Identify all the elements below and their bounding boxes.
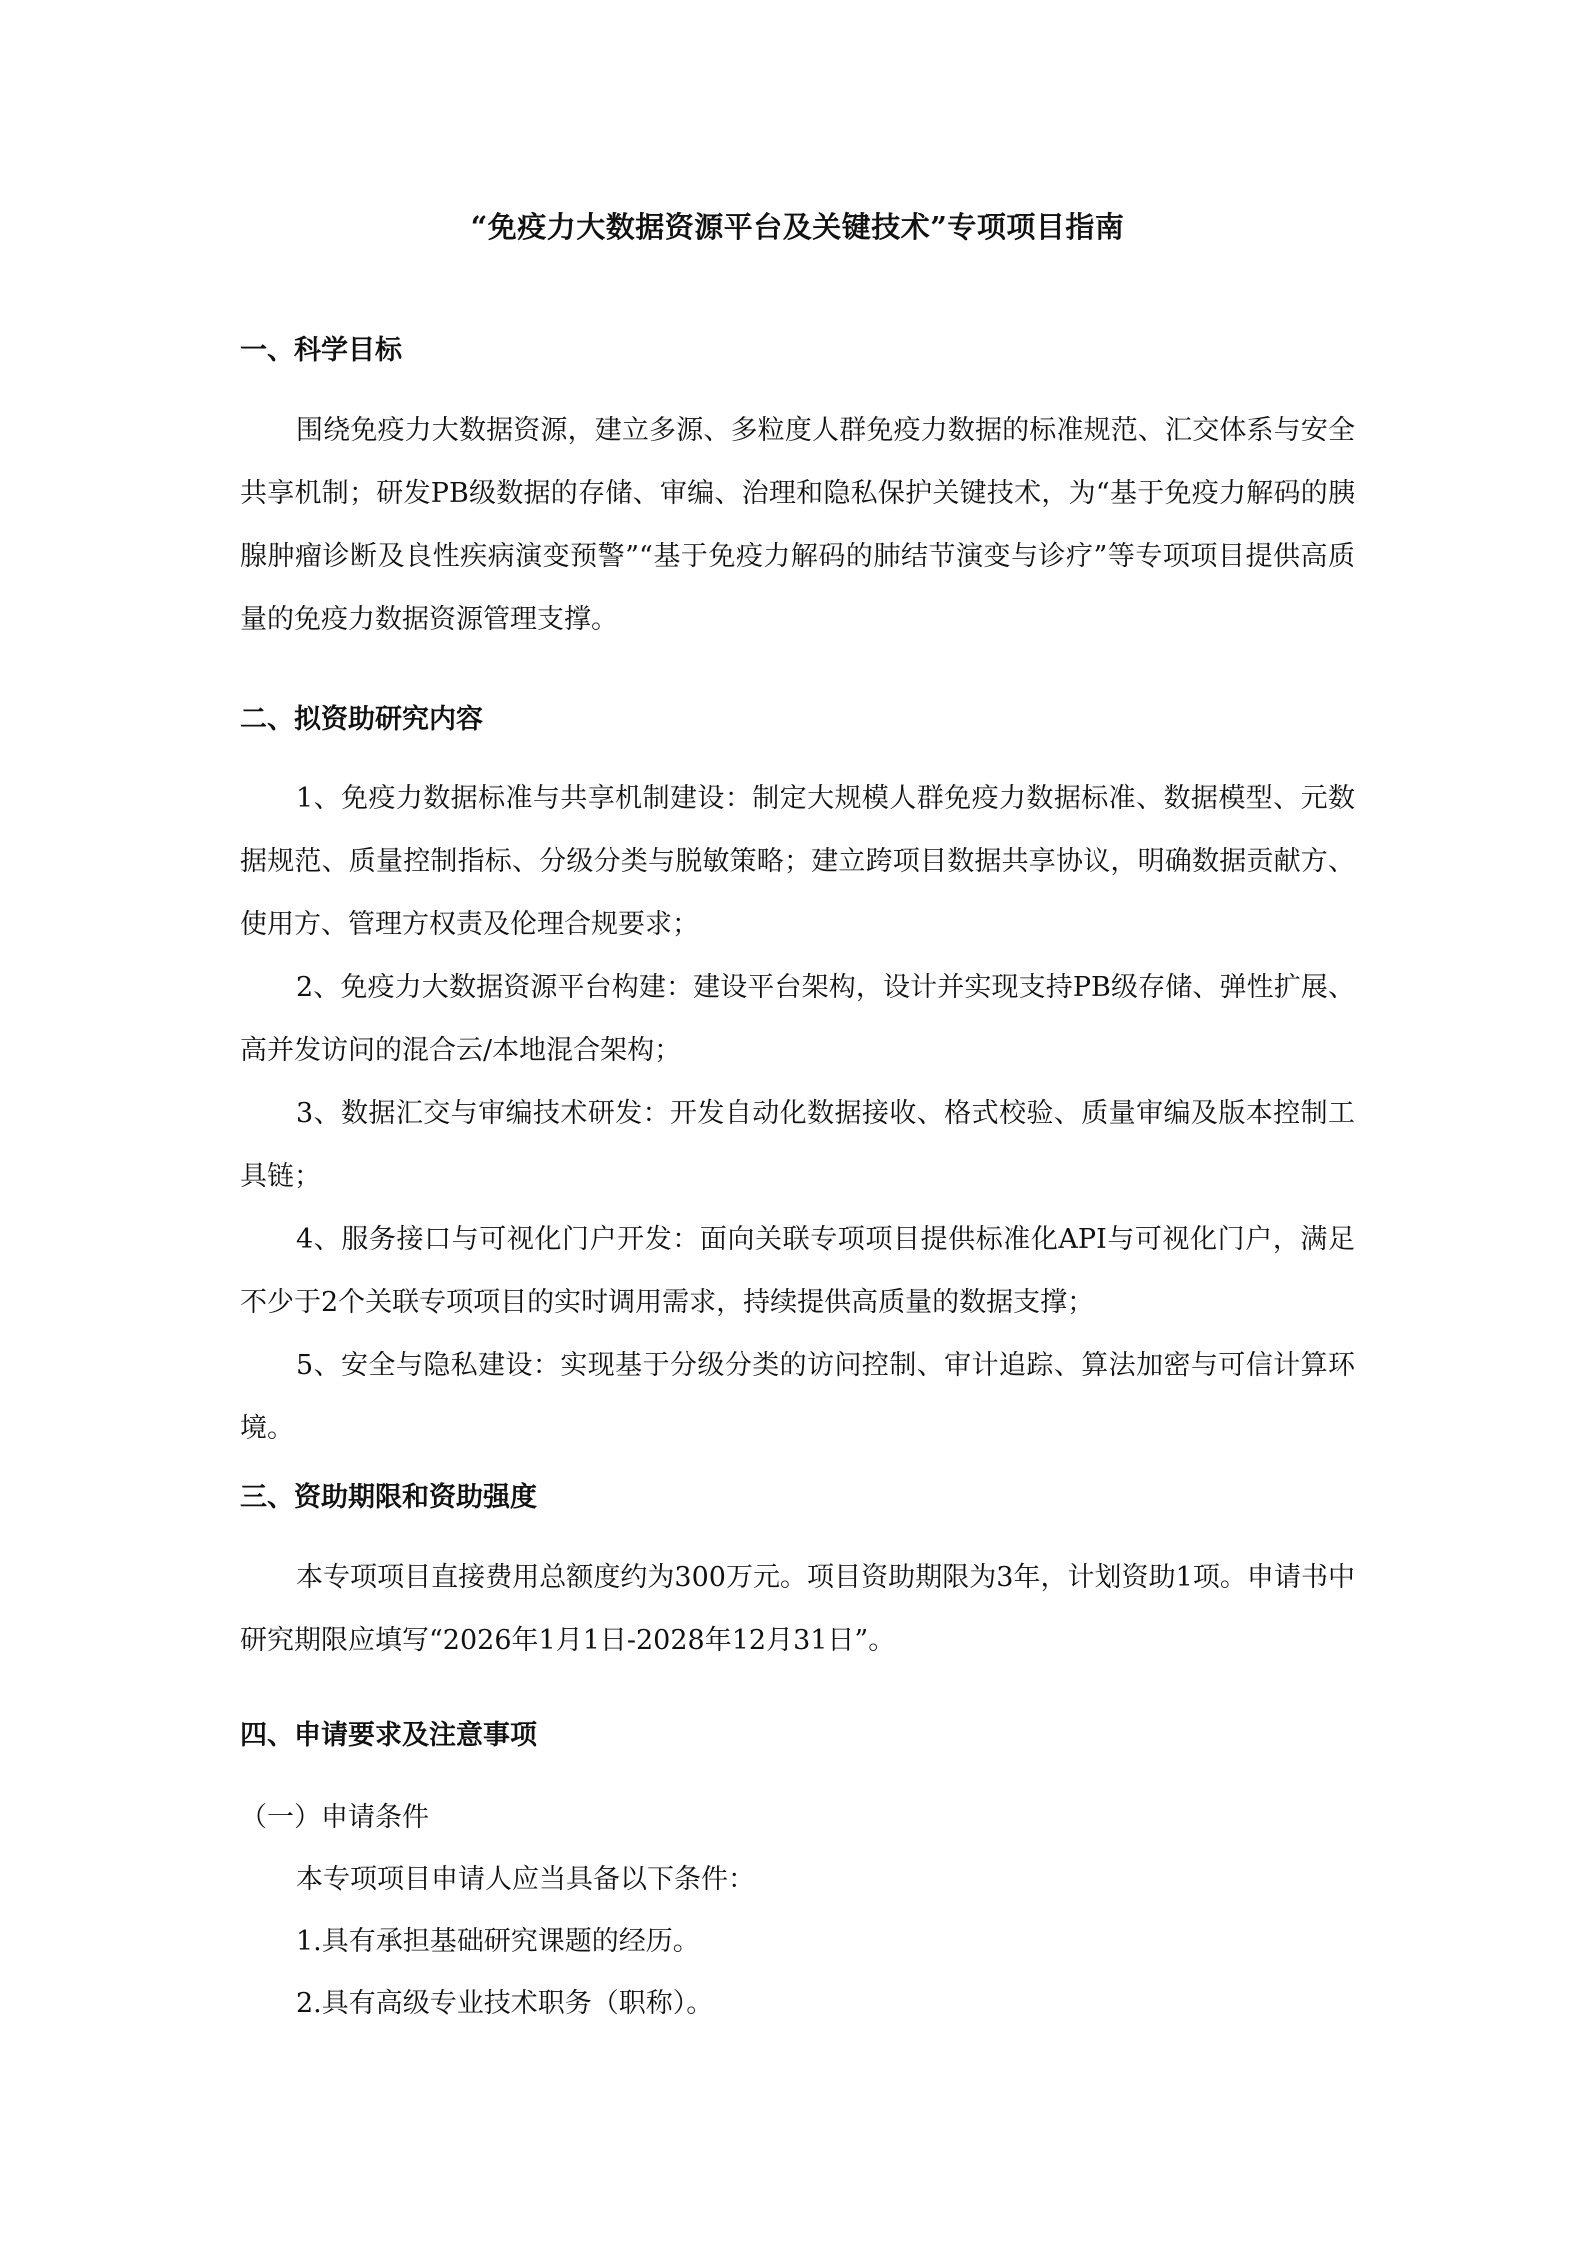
- section-2-item-1: 1、免疫力数据标准与共享机制建设：制定大规模人群免疫力数据标准、数据模型、元数据…: [240, 767, 1355, 956]
- condition-item-2: 2.具有高级专业技术职务（职称）。: [296, 1981, 713, 2020]
- section-3-paragraph: 本专项项目直接费用总额度约为300万元。项目资助期限为3年，计划资助1项。申请书…: [240, 1546, 1355, 1672]
- subsection-heading: （一）申请条件: [240, 1795, 429, 1834]
- section-2-item-5: 5、安全与隐私建设：实现基于分级分类的访问控制、审计追踪、算法加密与可信计算环境…: [240, 1334, 1355, 1460]
- document-title: “免疫力大数据资源平台及关键技术”专项项目指南: [240, 205, 1355, 246]
- section-2-item-2: 2、免疫力大数据资源平台构建：建设平台架构，设计并实现支持PB级存储、弹性扩展、…: [240, 956, 1355, 1082]
- section-2-item-4: 4、服务接口与可视化门户开发：面向关联专项项目提供标准化API与可视化门户，满足…: [240, 1208, 1355, 1334]
- section-heading-2: 二、拟资助研究内容: [240, 697, 483, 736]
- conditions-intro: 本专项项目申请人应当具备以下条件：: [296, 1857, 755, 1896]
- section-heading-1: 一、科学目标: [240, 328, 402, 367]
- section-heading-3: 三、资助期限和资助强度: [240, 1475, 537, 1514]
- section-2-item-3: 3、数据汇交与审编技术研发：开发自动化数据接收、格式校验、质量审编及版本控制工具…: [240, 1082, 1355, 1208]
- section-1-paragraph: 围绕免疫力大数据资源，建立多源、多粒度人群免疫力数据的标准规范、汇交体系与安全共…: [240, 399, 1355, 651]
- section-heading-4: 四、申请要求及注意事项: [240, 1713, 537, 1752]
- condition-item-1: 1.具有承担基础研究课题的经历。: [296, 1919, 700, 1958]
